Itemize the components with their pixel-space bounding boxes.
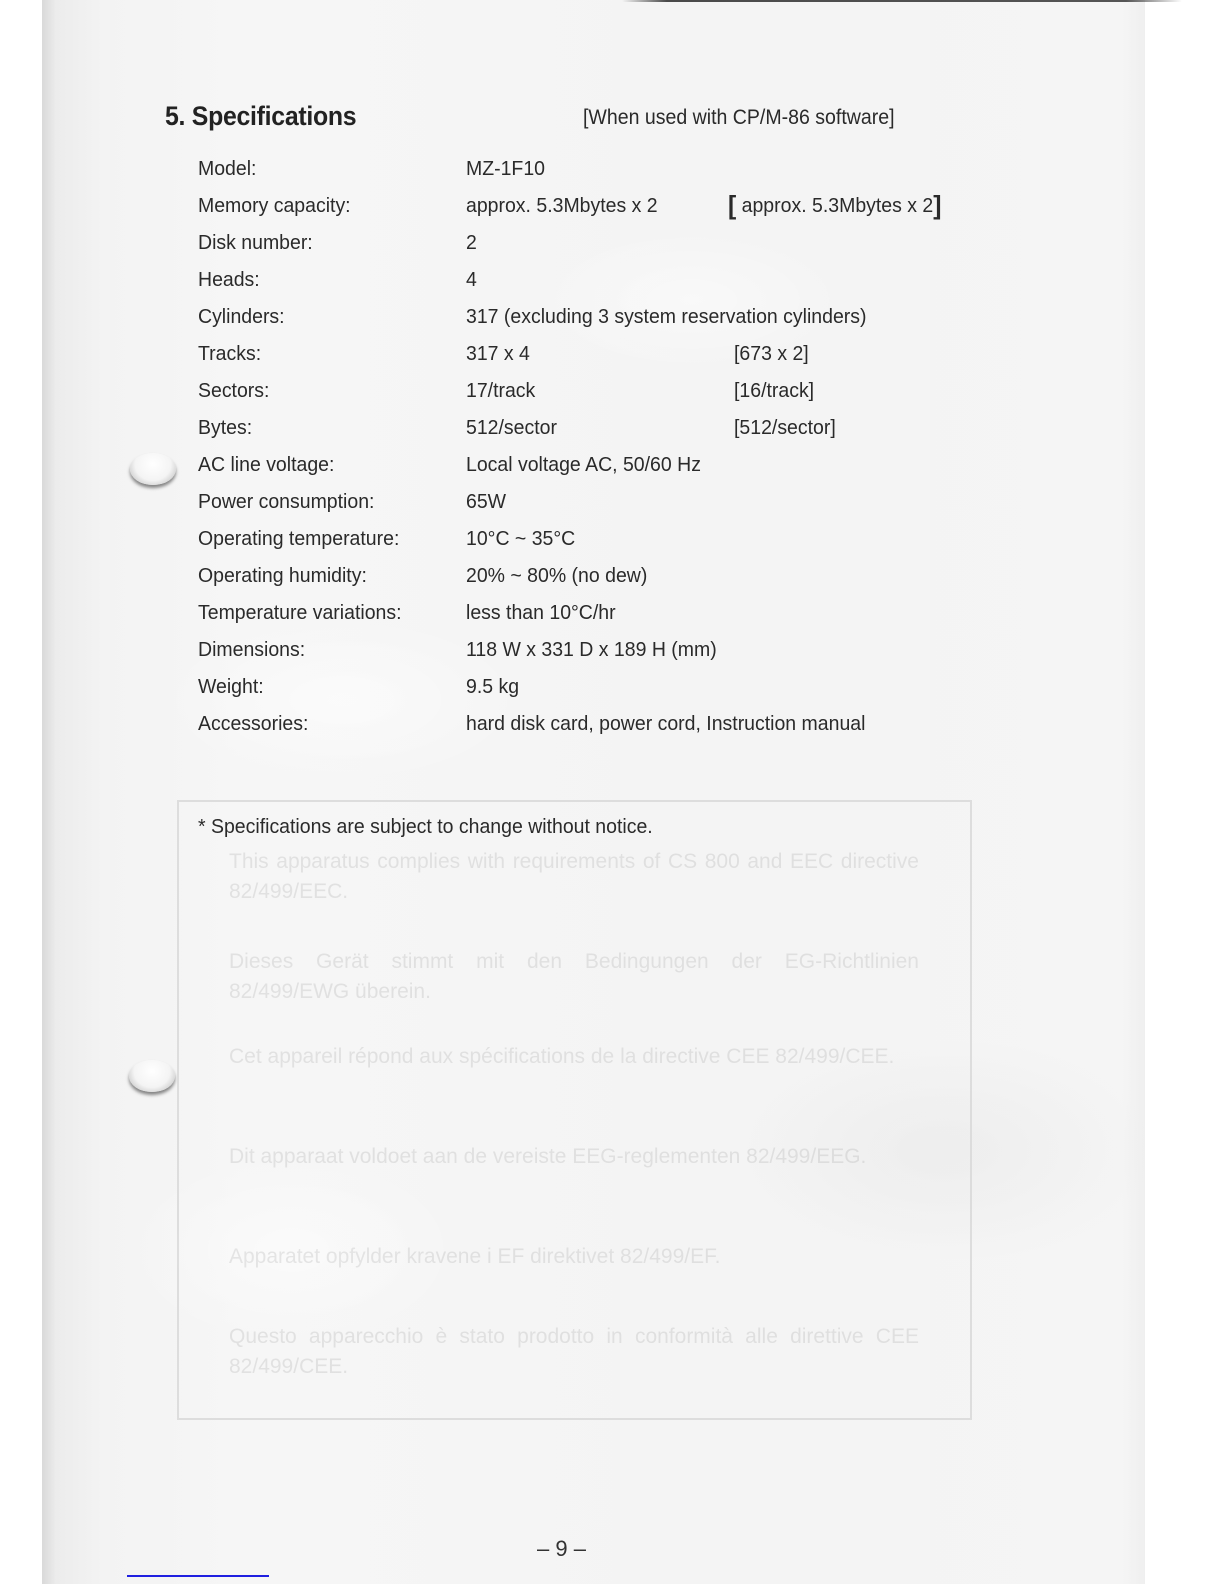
spec-alt-value: [512/sector] bbox=[734, 409, 836, 446]
spec-row-temperature-variations: Temperature variations: less than 10°C/h… bbox=[198, 594, 1018, 631]
footnote: * Specifications are subject to change w… bbox=[198, 815, 653, 839]
spec-value: less than 10°C/hr bbox=[466, 594, 616, 631]
spec-value: 118 W x 331 D x 189 H (mm) bbox=[466, 631, 717, 668]
spec-value: 65W bbox=[466, 483, 506, 520]
spec-label: Dimensions: bbox=[198, 631, 305, 668]
spec-value: 9.5 kg bbox=[466, 668, 519, 705]
spec-label: Power consumption: bbox=[198, 483, 374, 520]
page-top-edge bbox=[622, 0, 1182, 2]
spec-row-ac-line-voltage: AC line voltage: Local voltage AC, 50/60… bbox=[198, 446, 1018, 483]
spec-label: AC line voltage: bbox=[198, 446, 334, 483]
spec-value: 4 bbox=[466, 261, 477, 298]
spec-value: 17/track bbox=[466, 372, 535, 409]
spec-value: 317 (excluding 3 system reservation cyli… bbox=[466, 298, 866, 335]
blue-underline-mark bbox=[127, 1575, 269, 1577]
software-context-note: [When used with CP/M-86 software] bbox=[583, 106, 895, 130]
spec-row-memory-capacity: Memory capacity: approx. 5.3Mbytes x 2 [… bbox=[198, 187, 1018, 224]
spec-alt-value: [16/track] bbox=[734, 372, 814, 409]
spec-row-tracks: Tracks: 317 x 4 [673 x 2] bbox=[198, 335, 1018, 372]
spec-row-sectors: Sectors: 17/track [16/track] bbox=[198, 372, 1018, 409]
bleed-through-text: This apparatus complies with requirement… bbox=[229, 847, 919, 907]
spec-value: MZ-1F10 bbox=[466, 150, 545, 187]
spec-label: Model: bbox=[198, 150, 256, 187]
bleed-through-text: Dieses Gerät stimmt mit den Bedingungen … bbox=[229, 947, 919, 1007]
spec-label: Accessories: bbox=[198, 705, 308, 742]
punch-hole-icon bbox=[129, 1060, 175, 1092]
bracket-open: [ bbox=[728, 190, 736, 220]
spec-value: Local voltage AC, 50/60 Hz bbox=[466, 446, 701, 483]
spec-row-heads: Heads: 4 bbox=[198, 261, 1018, 298]
spec-label: Temperature variations: bbox=[198, 594, 402, 631]
bleed-through-text: Dit apparaat voldoet aan de vereiste EEG… bbox=[229, 1142, 919, 1172]
spec-label: Heads: bbox=[198, 261, 260, 298]
page-number: – 9 – bbox=[537, 1536, 586, 1562]
spec-value: 10°C ~ 35°C bbox=[466, 520, 575, 557]
spec-row-operating-humidity: Operating humidity: 20% ~ 80% (no dew) bbox=[198, 557, 1018, 594]
spec-row-accessories: Accessories: hard disk card, power cord,… bbox=[198, 705, 1018, 779]
spec-row-bytes: Bytes: 512/sector [512/sector] bbox=[198, 409, 1018, 446]
spec-label: Weight: bbox=[198, 668, 264, 705]
spec-row-disk-number: Disk number: 2 bbox=[198, 224, 1018, 261]
section-heading: 5. Specifications bbox=[165, 101, 356, 132]
spec-value: approx. 5.3Mbytes x 2 bbox=[466, 187, 658, 224]
spec-label: Tracks: bbox=[198, 335, 261, 372]
bleed-through-text: Cet appareil répond aux spécifications d… bbox=[229, 1042, 919, 1072]
spec-label: Disk number: bbox=[198, 224, 313, 261]
spec-value: 512/sector bbox=[466, 409, 557, 446]
spec-row-weight: Weight: 9.5 kg bbox=[198, 668, 1018, 705]
spec-label: Cylinders: bbox=[198, 298, 285, 335]
bleed-through-text: Questo apparecchio è stato prodotto in c… bbox=[229, 1322, 919, 1382]
spec-row-power-consumption: Power consumption: 65W bbox=[198, 483, 1018, 520]
spec-alt-value: [673 x 2] bbox=[734, 335, 809, 372]
spec-label: Sectors: bbox=[198, 372, 269, 409]
spec-label: Bytes: bbox=[198, 409, 252, 446]
spec-value: hard disk card, power cord, Instruction … bbox=[466, 705, 884, 742]
spec-value: 2 bbox=[466, 224, 477, 261]
spec-row-cylinders: Cylinders: 317 (excluding 3 system reser… bbox=[198, 298, 1018, 335]
spec-row-dimensions: Dimensions: 118 W x 331 D x 189 H (mm) bbox=[198, 631, 1018, 668]
bleed-through-text: Apparatet opfylder kravene i EF direktiv… bbox=[229, 1242, 919, 1272]
spec-label: Memory capacity: bbox=[198, 187, 351, 224]
spec-label: Operating temperature: bbox=[198, 520, 399, 557]
punch-hole-icon bbox=[130, 453, 176, 485]
spec-row-operating-temperature: Operating temperature: 10°C ~ 35°C bbox=[198, 520, 1018, 557]
spec-label: Operating humidity: bbox=[198, 557, 367, 594]
spec-row-model: Model: MZ-1F10 bbox=[198, 150, 1018, 187]
spec-alt-text: approx. 5.3Mbytes x 2 bbox=[736, 194, 933, 217]
bleed-through-compliance-box: This apparatus complies with requirement… bbox=[177, 800, 972, 1420]
spec-value: 317 x 4 bbox=[466, 335, 530, 372]
spec-alt-value: [ approx. 5.3Mbytes x 2] bbox=[728, 187, 941, 224]
spec-value: 20% ~ 80% (no dew) bbox=[466, 557, 647, 594]
specifications-list: Model: MZ-1F10 Memory capacity: approx. … bbox=[198, 150, 1018, 779]
bracket-close: ] bbox=[933, 190, 941, 220]
